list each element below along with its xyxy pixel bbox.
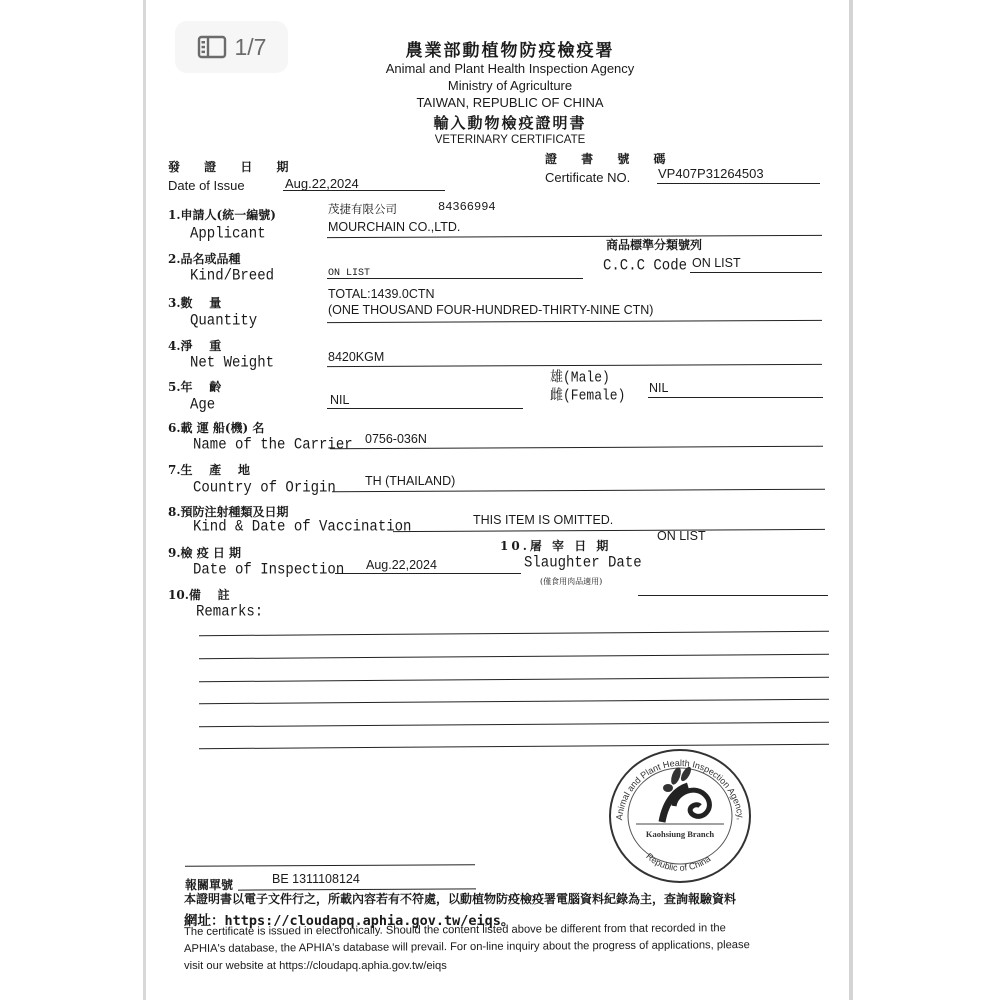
remarks-label: Remarks: — [196, 603, 263, 621]
date-of-issue-label-zh: 發 證 日 期 — [168, 158, 299, 175]
quantity-words: (ONE THOUSAND FOUR-HUNDRED-THIRTY-NINE C… — [328, 303, 653, 317]
underline — [327, 278, 583, 279]
underline — [657, 183, 820, 184]
ccc-label: C.C.C Code — [603, 257, 687, 275]
female-label: 雌(Female) — [550, 383, 625, 404]
applicant-value: MOURCHAIN CO.,LTD. — [328, 220, 460, 234]
sidebar-panel-icon — [197, 35, 227, 59]
country-name: TAIWAN, REPUBLIC OF CHINA — [340, 95, 680, 110]
page-indicator-button[interactable]: 1/7 — [175, 21, 288, 73]
underline — [327, 408, 523, 409]
origin-label-zh: 7.生 產 地 — [168, 461, 250, 478]
origin-label: Country of Origin — [193, 479, 336, 497]
inspection-label-zh: 9.檢 疫 日 期 — [168, 544, 241, 561]
certificate-title-en: VETERINARY CERTIFICATE — [340, 134, 680, 146]
vaccination-label: Kind & Date of Vaccination — [193, 518, 411, 536]
quantity-label: Quantity — [190, 312, 257, 330]
slaughter-label: Slaughter Date — [524, 554, 642, 572]
age-label: Age — [190, 396, 215, 414]
agency-name-en: Animal and Plant Health Inspection Agenc… — [340, 61, 680, 76]
official-seal-stamp: Animal and Plant Health Inspection Agenc… — [606, 744, 754, 884]
notice-en-line-3: visit our website at https://cloudapq.ap… — [184, 960, 447, 972]
slaughter-note: (僅食用肉品適用) — [540, 576, 602, 587]
carrier-value: 0756-036N — [365, 432, 427, 446]
age-value: NIL — [330, 393, 349, 407]
certificate-no-label: Certificate NO. — [545, 170, 630, 185]
quantity-value: TOTAL:1439.0CTN — [328, 287, 435, 301]
remarks-label-zh: 10.備 註 — [168, 586, 230, 603]
applicant-tax-id: 84366994 — [438, 200, 496, 214]
svg-text:Republic of China: Republic of China — [644, 851, 712, 873]
svg-text:Kaohsiung Branch: Kaohsiung Branch — [646, 829, 715, 839]
net-weight-label: Net Weight — [190, 354, 274, 372]
kind-label: Kind/Breed — [190, 267, 274, 285]
page-number: 1/7 — [235, 34, 267, 61]
carrier-label: Name of the Carrier — [193, 436, 353, 454]
notice-zh: 本證明書以電子文件行之，所載內容若有不符處，以動植物防疫檢疫署電腦資料紀錄為主，… — [184, 890, 736, 907]
slaughter-label-zh: 10.屠 宰 日 期 — [500, 537, 611, 554]
ministry-name: Ministry of Agriculture — [340, 78, 680, 93]
age-label-zh: 5.年 齡 — [168, 378, 221, 395]
certificate-no-label-zh: 證 書 號 碼 — [545, 150, 676, 167]
underline — [283, 190, 445, 191]
underline — [690, 272, 822, 273]
inspection-value: Aug.22,2024 — [366, 558, 437, 572]
applicant-label-zh: 1.申請人(統一編號) — [168, 206, 276, 223]
origin-value: TH (THAILAND) — [365, 474, 455, 488]
agency-name-zh: 農業部動植物防疫檢疫署 — [340, 36, 680, 61]
date-of-issue-value: Aug.22,2024 — [285, 176, 359, 191]
applicant-value-zh: 茂捷有限公司 — [328, 201, 397, 217]
inspection-label: Date of Inspection — [193, 561, 344, 579]
vaccination-value: THIS ITEM IS OMITTED. — [473, 513, 613, 527]
declaration-number: BE 1311108124 — [272, 872, 360, 886]
ccc-value: ON LIST — [692, 256, 741, 270]
ccc-label-zh: 商品標準分類號列 — [606, 236, 702, 253]
certificate-title-zh: 輸入動物檢疫證明書 — [340, 112, 680, 133]
underline — [335, 573, 521, 574]
underline — [648, 397, 823, 398]
net-weight-value: 8420KGM — [328, 350, 384, 364]
sex-value: NIL — [649, 381, 668, 395]
underline — [638, 595, 828, 596]
quantity-label-zh: 3.數 量 — [168, 294, 221, 311]
net-weight-label-zh: 4.淨 重 — [168, 337, 221, 354]
carrier-label-zh: 6.載 運 船(機) 名 — [168, 419, 264, 436]
kind-label-zh: 2.品名或品種 — [168, 250, 241, 267]
slaughter-value: ON LIST — [657, 529, 706, 543]
certificate-no-value: VP407P31264503 — [658, 166, 764, 181]
date-of-issue-label: Date of Issue — [168, 178, 245, 193]
applicant-label: Applicant — [190, 225, 266, 243]
